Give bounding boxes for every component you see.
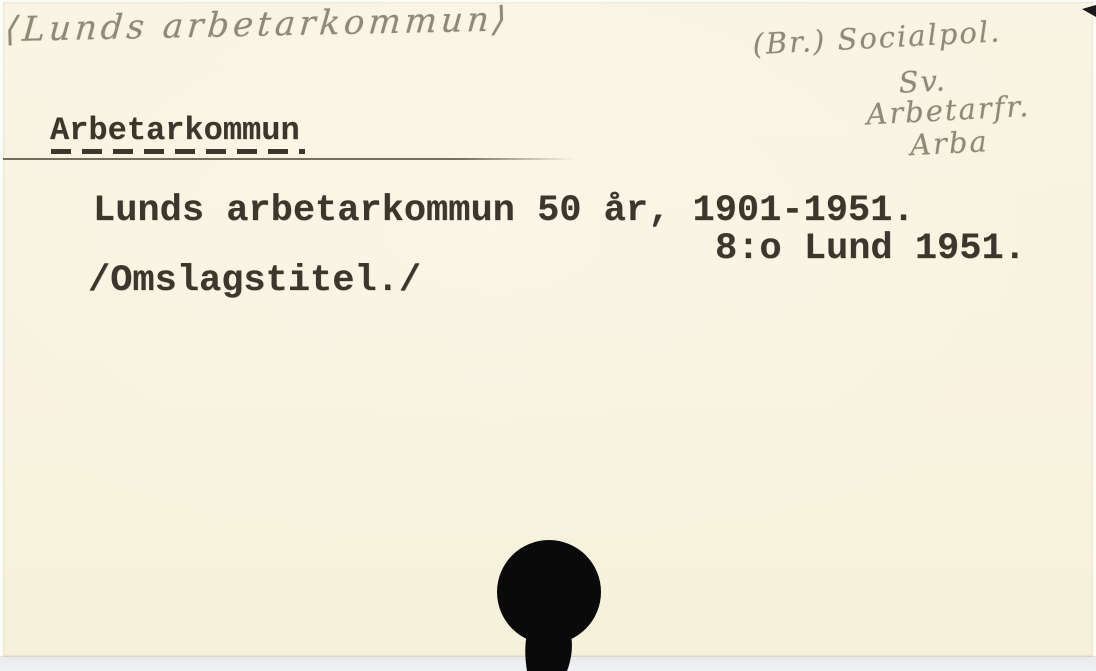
- entry-note-line: /Omslagstitel./: [88, 260, 421, 302]
- heading-dashed-underline: [51, 149, 305, 154]
- card-heading: Arbetarkommun: [50, 112, 300, 149]
- scanned-catalog-card: ⟨Lunds arbetarkommun⟩ (Br.) Socialpol. S…: [0, 0, 1096, 671]
- classification-annotations: (Br.) Socialpol. Sv. Arbetarfr. Arba: [743, 6, 1090, 174]
- handwritten-heading-variant: ⟨Lunds arbetarkommun⟩: [4, 0, 512, 50]
- punch-hole-icon: [480, 530, 620, 671]
- entry-imprint-line: 8:o Lund 1951.: [715, 228, 1026, 270]
- classification-line-4: Arba: [909, 124, 989, 162]
- entry-title-line: Lunds arbetarkommun 50 år, 1901-1951.: [93, 190, 915, 232]
- classification-line-1: (Br.) Socialpol.: [752, 14, 1002, 61]
- classification-line-3: Arbetarfr.: [865, 89, 1031, 132]
- corner-mark-icon: [1082, 5, 1096, 17]
- heading-rule-line: [3, 158, 575, 160]
